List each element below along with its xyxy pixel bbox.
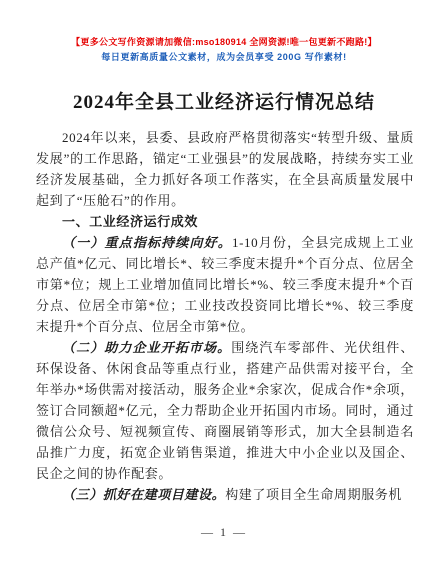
promo-line-red: 【更多公文写作资源请加微信:mso180914 全网资源!唯一包更新不跑路!】 <box>0 36 448 49</box>
promo-banner: 【更多公文写作资源请加微信:mso180914 全网资源!唯一包更新不跑路!】 … <box>0 0 448 64</box>
page-number: — 1 — <box>0 525 448 540</box>
item-paragraph-1: （一）重点指标持续向好。1-10月份，全县完成规上工业总产值*亿元、同比增长*、… <box>36 232 414 337</box>
promo-line-blue: 每日更新高质量公文素材，成为会员享受 200G 写作素材! <box>0 51 448 64</box>
document-body: 2024年以来，县委、县政府严格贯彻落实“转型升级、量质发展”的工作思路，锚定“… <box>36 127 414 505</box>
item-paragraph-3: （三）抓好在建项目建设。构建了项目全生命周期服务机 <box>36 484 414 505</box>
intro-paragraph: 2024年以来，县委、县政府严格贯彻落实“转型升级、量质发展”的工作思路，锚定“… <box>36 127 414 211</box>
item-lead-3: （三）抓好在建项目建设。 <box>62 487 225 502</box>
item-lead-1: （一）重点指标持续向好。 <box>62 235 232 250</box>
item-paragraph-2: （二）助力企业开拓市场。围绕汽车零部件、光伏组件、环保设备、休闲食品等重点行业，… <box>36 337 414 484</box>
item-text-3: 构建了项目全生命周期服务机 <box>225 487 402 502</box>
document-title: 2024年全县工业经济运行情况总结 <box>20 91 428 115</box>
item-lead-2: （二）助力企业开拓市场。 <box>62 340 231 355</box>
item-text-2: 围绕汽车零部件、光伏组件、环保设备、休闲食品等重点行业，搭建产品供需对接平台，全… <box>36 340 414 481</box>
section-heading: 一、工业经济运行成效 <box>36 211 414 232</box>
document-page: 【更多公文写作资源请加微信:mso180914 全网资源!唯一包更新不跑路!】 … <box>0 0 448 580</box>
